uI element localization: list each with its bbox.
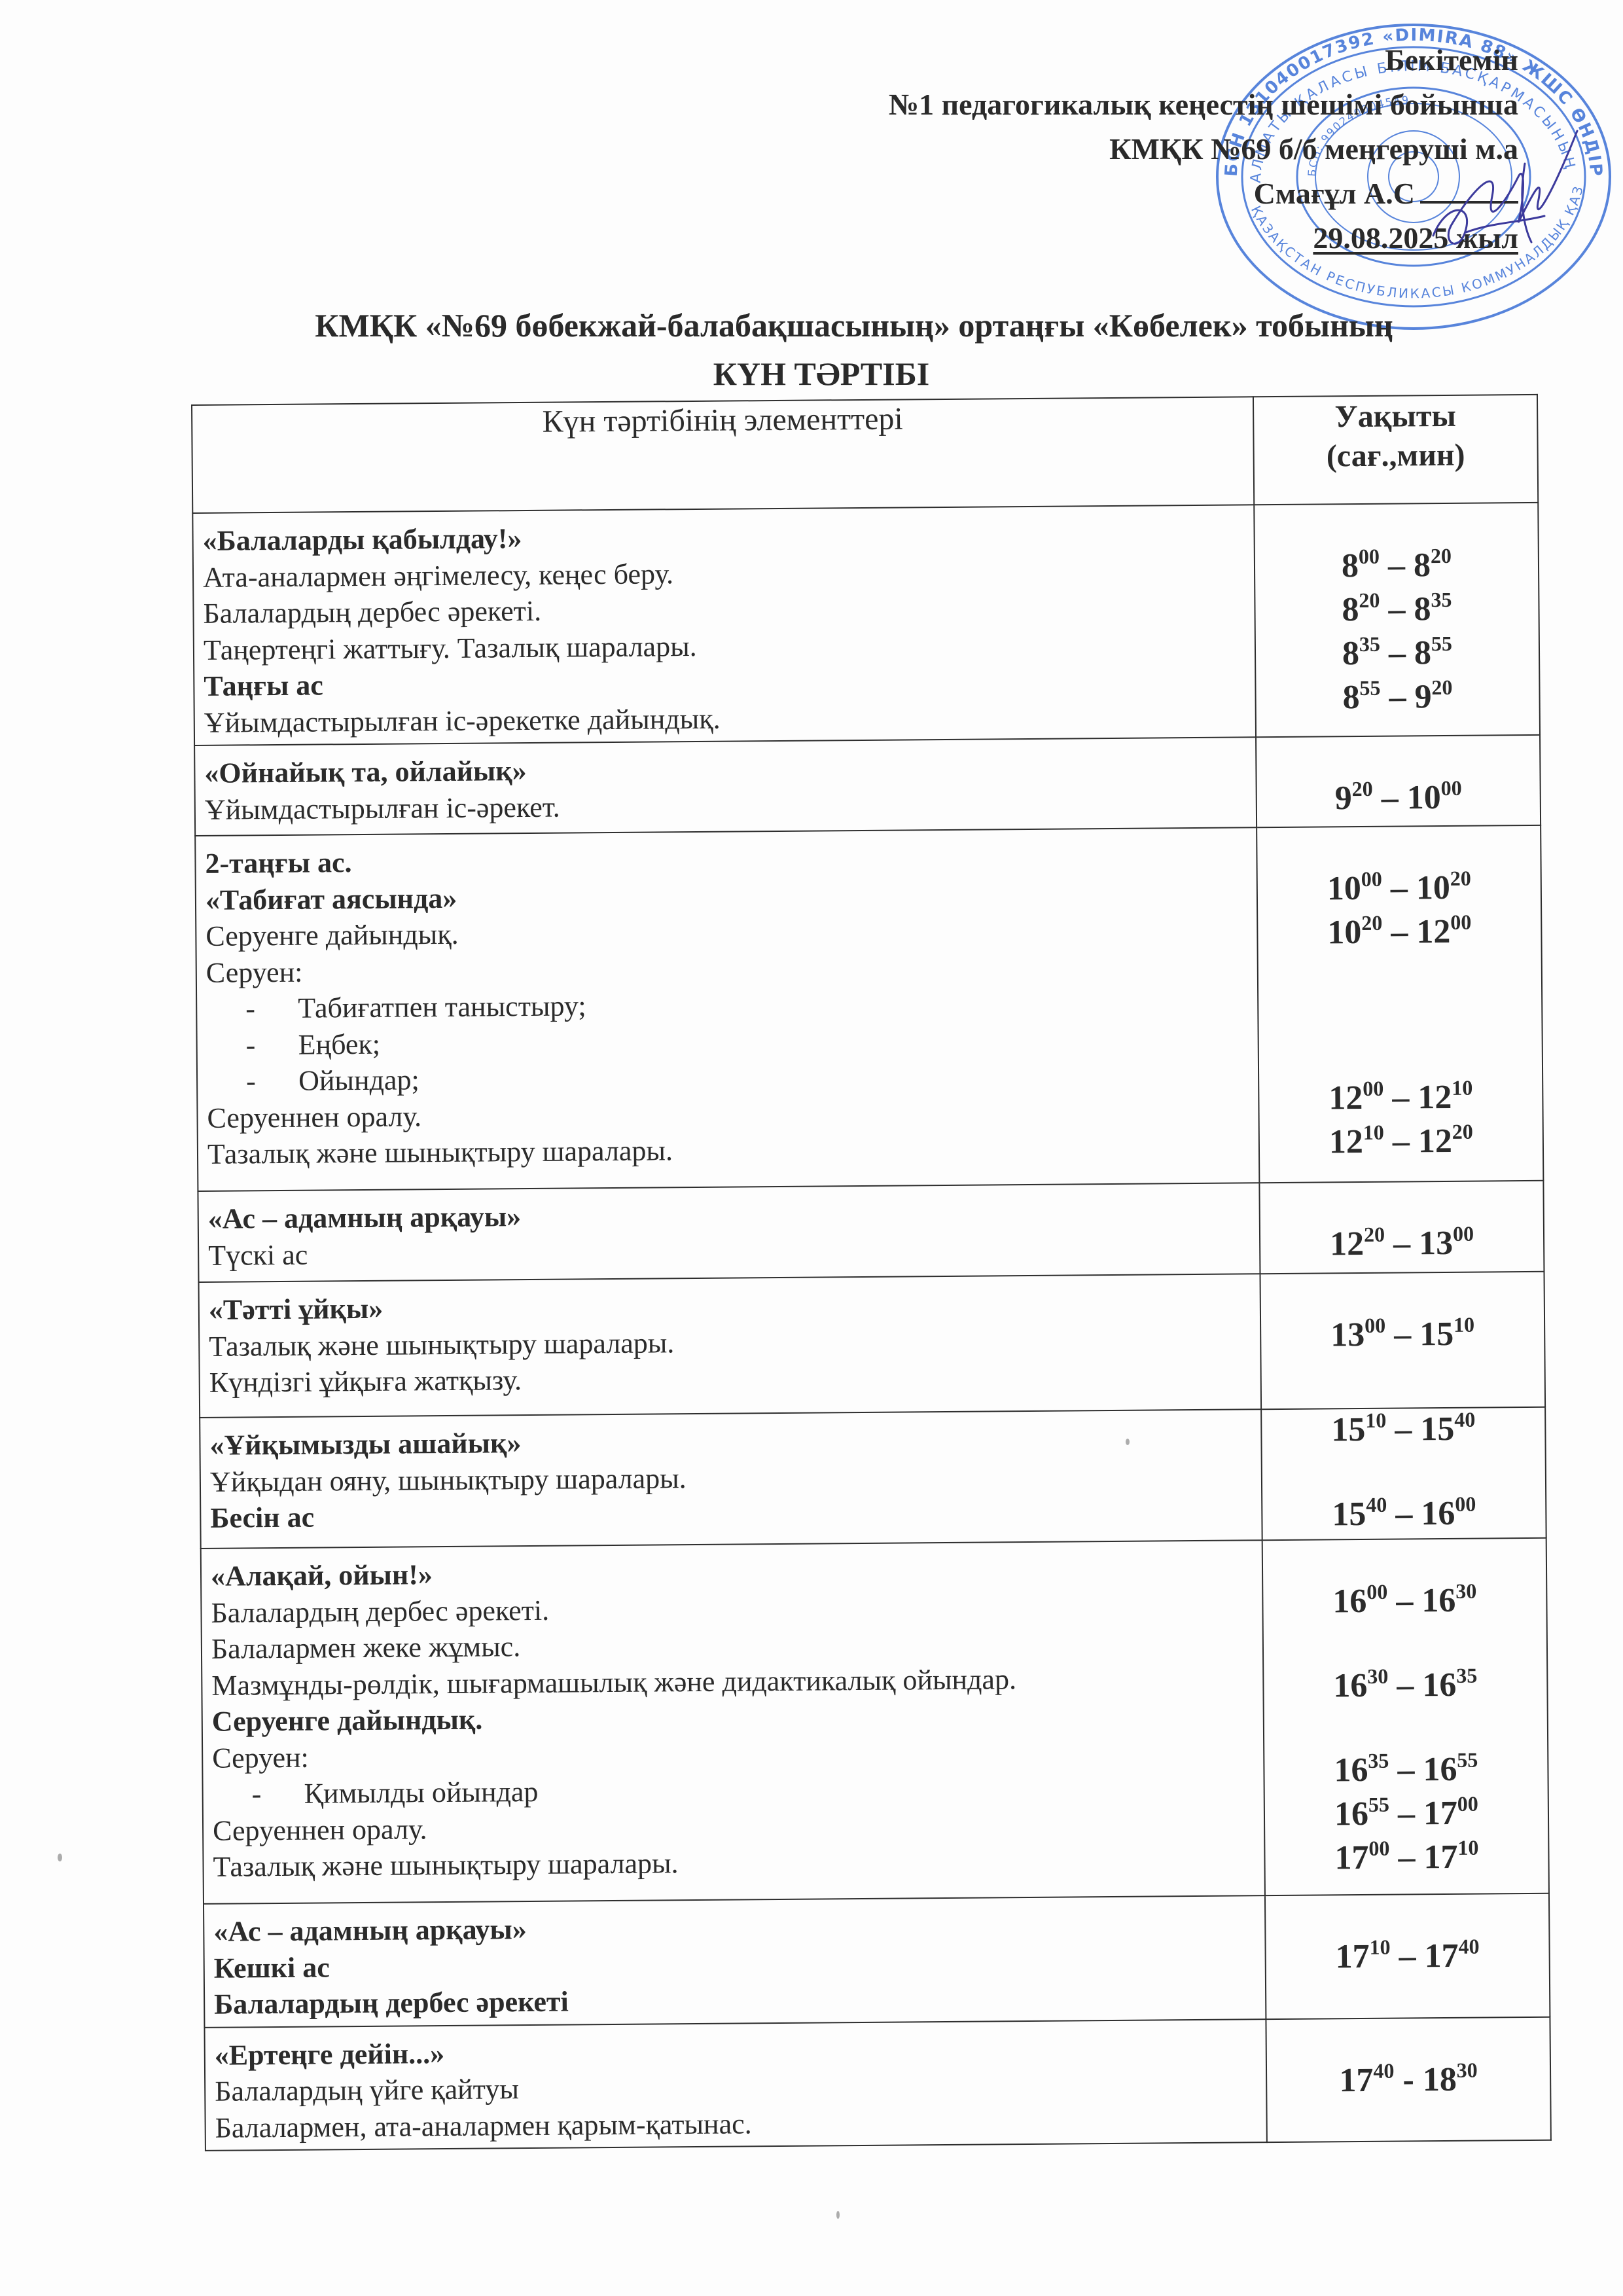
schedule-time-cell: 1000 – 10201020 – 12001200 – 12101210 – … xyxy=(1257,825,1543,1183)
table-row: «Ас – адамның арқауы»Түскі ас1220 – 1300 xyxy=(198,1181,1544,1282)
signature-icon xyxy=(1427,124,1584,262)
section-heading: Балалардың дербес әрекеті xyxy=(214,1978,1252,2022)
time-range: 1220 – 1300 xyxy=(1261,1223,1543,1268)
approval-heading: Бекітемін xyxy=(889,38,1518,82)
activity-text: Балалармен, ата-аналармен қарым-қатынас. xyxy=(215,2102,1253,2146)
spacer xyxy=(1260,1036,1541,1079)
schedule-elements-cell: «Ас – адамның арқауы»Түскі ас xyxy=(198,1183,1260,1282)
spacer xyxy=(1264,1624,1546,1666)
time-range: 1630 – 1635 xyxy=(1264,1664,1546,1710)
activity-text: Ұйымдастырылған іс-әрекетке дайындық. xyxy=(204,696,1242,741)
spacer xyxy=(1258,827,1539,869)
time-range: 1200 – 1210 xyxy=(1260,1077,1542,1122)
schedule-time-cell: 800 – 820820 – 835835 – 855855 – 920 xyxy=(1254,503,1540,737)
time-range: 1600 – 1630 xyxy=(1264,1580,1546,1626)
time-range: 920 – 1000 xyxy=(1258,777,1540,823)
activity-text: Ұйымдастырылған іс-әрекет. xyxy=(205,783,1243,828)
time-range: 1700 – 1710 xyxy=(1266,1837,1548,1882)
table-row: «Алақай, ойын!»Балалардың дербес әрекеті… xyxy=(201,1538,1549,1904)
time-range: 1710 – 1740 xyxy=(1266,1935,1548,1981)
spacer xyxy=(1259,996,1541,1038)
header-time: Уақыты (сағ.,мин) xyxy=(1253,395,1538,505)
scan-speck xyxy=(58,1854,62,1861)
time-range: 1300 – 1510 xyxy=(1262,1314,1544,1359)
schedule-elements-cell: «Алақай, ойын!»Балалардың дербес әрекеті… xyxy=(201,1540,1265,1904)
schedule-time-cell: 1220 – 1300 xyxy=(1259,1181,1544,1274)
time-range: 1540 – 1600 xyxy=(1263,1493,1545,1539)
spacer xyxy=(1264,1539,1545,1582)
schedule-elements-cell: «Ас – адамның арқауы»Кешкі асБалалардың … xyxy=(204,1895,1266,2027)
table-row: «Ойнайық та, ойлайық»Ұйымдастырылған іс-… xyxy=(194,735,1541,836)
spacer xyxy=(1257,736,1539,779)
schedule-elements-cell: «Тәтті ұйқы»Тазалық және шынықтыру шарал… xyxy=(199,1274,1262,1418)
spacer xyxy=(1260,1182,1542,1225)
approval-date: 29.08.2025 жыл xyxy=(889,216,1518,260)
schedule-elements-cell: «Балаларды қабылдау!»Ата-аналармен әңгім… xyxy=(192,505,1256,745)
approval-council-decision: №1 педагогикалық кеңестің шешімі бойынша xyxy=(889,82,1518,127)
time-range: 1210 – 1220 xyxy=(1260,1121,1543,1166)
activity-text: Күндізгі ұйқыға жатқызу. xyxy=(209,1356,1247,1401)
document-subtitle: КҮН ТӘРТІБІ xyxy=(0,355,1623,393)
spacer xyxy=(1255,504,1537,547)
schedule-time-cell: 1740 - 1830 xyxy=(1266,2017,1550,2142)
schedule-time-cell: 1600 – 16301630 – 16351635 – 16551655 – … xyxy=(1262,1538,1549,1895)
activity-text: Тазалық және шынықтыру шаралары. xyxy=(207,1128,1245,1172)
spacer xyxy=(1267,2018,1548,2060)
time-range: 1020 – 1200 xyxy=(1258,911,1541,957)
approval-block: Бекітемін №1 педагогикалық кеңестің шеші… xyxy=(889,38,1518,260)
time-range: 800 – 820 xyxy=(1256,545,1538,590)
spacer xyxy=(1259,955,1541,997)
time-range: 855 – 920 xyxy=(1257,676,1539,722)
spacer xyxy=(1261,1273,1543,1316)
schedule-elements-cell: «Ойнайық та, ойлайық»Ұйымдастырылған іс-… xyxy=(194,737,1257,836)
time-range: 835 – 855 xyxy=(1257,632,1539,678)
time-range: 1635 – 1655 xyxy=(1265,1749,1547,1795)
spacer xyxy=(1266,1895,1548,1937)
spacer xyxy=(1265,1708,1546,1751)
time-range: 1510 – 1540 xyxy=(1262,1408,1544,1454)
time-range: 820 – 835 xyxy=(1256,588,1538,634)
table-row: «Ұйқымызды ашайық»Ұйқыдан ояну, шынықтыр… xyxy=(200,1407,1546,1549)
schedule-time-cell: 920 – 1000 xyxy=(1256,735,1541,827)
spacer xyxy=(1263,1452,1544,1495)
schedule-time-cell: 1300 – 1510 xyxy=(1260,1272,1545,1409)
table-row: «Балаларды қабылдау!»Ата-аналармен әңгім… xyxy=(192,503,1540,745)
schedule-time-cell: 1510 – 15401540 – 1600 xyxy=(1261,1407,1546,1540)
table-row: «Ас – адамның арқауы»Кешкі асБалалардың … xyxy=(204,1893,1550,2028)
time-range: 1740 - 1830 xyxy=(1268,2058,1550,2104)
table-row: «Тәтті ұйқы»Тазалық және шынықтыру шарал… xyxy=(199,1272,1546,1418)
schedule-elements-cell: «Ертеңге дейін...»Балалардың үйге қайтуы… xyxy=(204,2019,1266,2151)
scan-speck xyxy=(836,2211,840,2219)
table-row: 2-таңғы ас.«Табиғат аясында»Серуенге дай… xyxy=(195,825,1543,1191)
header-elements: Күн тәртібінің элементтері xyxy=(192,397,1254,513)
schedule-elements-cell: 2-таңғы ас.«Табиғат аясында»Серуенге дай… xyxy=(195,827,1259,1191)
schedule-elements-cell: «Ұйқымызды ашайық»Ұйқыдан ояну, шынықтыр… xyxy=(200,1409,1262,1549)
daily-schedule-table: Күн тәртібінің элементтері Уақыты (сағ.,… xyxy=(191,394,1552,2151)
time-range: 1000 – 1020 xyxy=(1258,867,1541,913)
table-row: «Ертеңге дейін...»Балалардың үйге қайтуы… xyxy=(204,2017,1550,2151)
document-title: КМҚК «№69 бөбекжай-балабақшасының» ортаң… xyxy=(0,306,1623,344)
table-header-row: Күн тәртібінің элементтері Уақыты (сағ.,… xyxy=(192,395,1538,513)
approval-name: Смағұл А.С xyxy=(889,171,1518,216)
approval-position: КМҚК №69 б/б меңгеруші м.а xyxy=(889,127,1518,171)
time-range: 1655 – 1700 xyxy=(1266,1793,1548,1839)
schedule-time-cell: 1710 – 1740 xyxy=(1265,1893,1550,2019)
activity-text: Тазалық және шынықтыру шаралары. xyxy=(213,1840,1251,1885)
